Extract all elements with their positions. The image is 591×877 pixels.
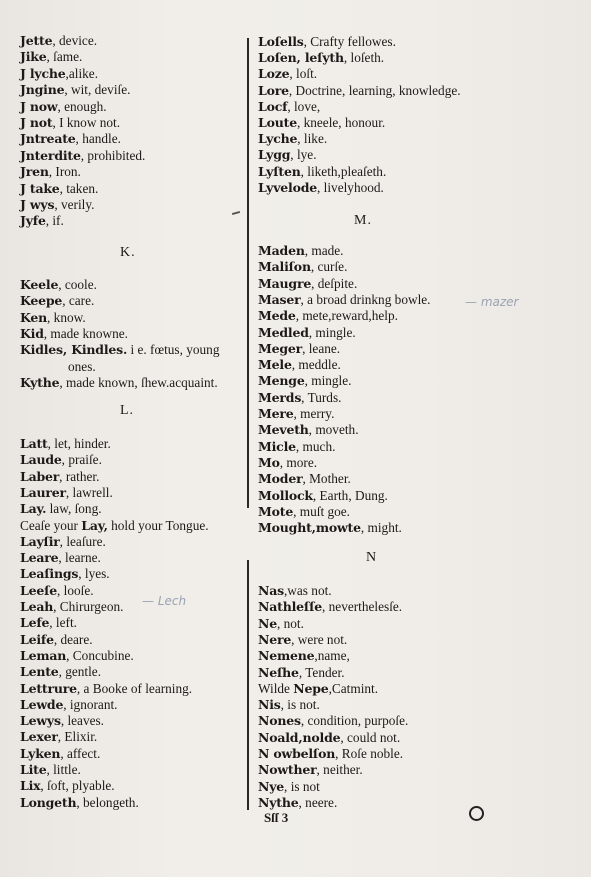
definition: law, ſong.	[46, 501, 101, 516]
glossary-entry: Loze, loſt.	[258, 66, 317, 82]
definition: , livelyhood.	[317, 180, 384, 195]
definition: , made.	[305, 243, 344, 258]
headword: Meveth	[258, 422, 309, 437]
definition: , could not.	[340, 730, 400, 745]
definition: , Elixir.	[58, 729, 98, 744]
definition: , not.	[277, 616, 304, 631]
glossary-entry: Leare, learne.	[20, 550, 101, 566]
glossary-entry: Maden, made.	[258, 243, 344, 259]
headword: Leah	[20, 599, 53, 614]
definition: , prohibited.	[81, 148, 146, 163]
glossary-entry: Jyfe, if.	[20, 213, 64, 229]
definition: , a broad drinkng bowle.	[301, 292, 431, 307]
definition: , coole.	[58, 277, 97, 292]
headword: Keepe	[20, 293, 62, 308]
headword: Maden	[258, 243, 305, 258]
glossary-entry: Loſells, Crafty fellowes.	[258, 34, 396, 50]
headword: Meger	[258, 341, 302, 356]
glossary-entry: Longeth, belongeth.	[20, 795, 139, 811]
definition: , praiſe.	[62, 452, 102, 467]
headword: Merds	[258, 390, 301, 405]
glossary-entry: Nathleſſe, neverthelesſe.	[258, 599, 402, 615]
glossary-entry: Mere, merry.	[258, 406, 334, 422]
glossary-entry: J not, I know not.	[20, 115, 120, 131]
glossary-entry: Lefe, left.	[20, 615, 77, 631]
headword: Locf	[258, 99, 287, 114]
headword: Kid	[20, 326, 44, 341]
glossary-entry: Lettrure, a Booke of learning.	[20, 681, 192, 697]
headword: Jren	[20, 164, 49, 179]
headword: Lefe	[20, 615, 49, 630]
library-stamp-icon	[469, 806, 484, 821]
definition: , if.	[46, 213, 64, 228]
definition: , neere.	[299, 795, 338, 810]
definition: , device.	[52, 33, 97, 48]
headword: Maugre	[258, 276, 311, 291]
glossary-entry: Lix, ſoft, plyable.	[20, 778, 115, 794]
definition: , handle.	[76, 131, 121, 146]
glossary-entry: Merds, Turds.	[258, 390, 341, 406]
glossary-entry: Lexer, Elixir.	[20, 729, 97, 745]
headword: Jike	[20, 49, 46, 64]
definition: , learne.	[58, 550, 100, 565]
headword: Ne	[258, 616, 277, 631]
definition: , meddle.	[292, 357, 341, 372]
headword: Lite	[20, 762, 46, 777]
headword: N owbelſon	[258, 746, 335, 761]
definition: , Earth, Dung.	[313, 488, 388, 503]
glossary-entry: Kidles, Kindles. i e. fœtus, young	[20, 342, 219, 358]
definition: , loſeth.	[344, 50, 384, 65]
headword: J now	[20, 99, 57, 114]
headword: Nas	[258, 583, 284, 598]
glossary-entry: Nythe, neere.	[258, 795, 337, 811]
headword: Laurer	[20, 485, 66, 500]
definition: , ſame.	[46, 49, 82, 64]
headword: Maser	[258, 292, 301, 307]
definition: , belongeth.	[76, 795, 138, 810]
glossary-entry: Lygg, lye.	[258, 147, 317, 163]
definition: ,alike.	[66, 66, 99, 81]
headword: Jette	[20, 33, 52, 48]
headword: Loſells	[258, 34, 304, 49]
glossary-entry: J wys, verily.	[20, 197, 94, 213]
headword: Leman	[20, 648, 66, 663]
headword: Leaſings	[20, 566, 78, 581]
definition: , leane.	[302, 341, 340, 356]
headword: Loze	[258, 66, 289, 81]
definition: , curſe.	[311, 259, 348, 274]
column-rule	[247, 560, 249, 810]
glossary-entry: J lyche,alike.	[20, 66, 98, 82]
headword: Mere	[258, 406, 294, 421]
headword: Micle	[258, 439, 296, 454]
glossary-entry: Medled, mingle.	[258, 325, 356, 341]
glossary-entry: Nis, is not.	[258, 697, 320, 713]
definition: , leaves.	[61, 713, 104, 728]
glossary-entry: Meveth, moveth.	[258, 422, 359, 438]
headword: Laber	[20, 469, 59, 484]
definition: , left.	[49, 615, 77, 630]
entry-prefix: Ceaſe your	[20, 518, 81, 533]
definition: , rather.	[59, 469, 99, 484]
glossary-entry: Leaſings, lyes.	[20, 566, 110, 582]
definition: , let, hinder.	[48, 436, 111, 451]
definition: , deare.	[54, 632, 93, 647]
headword: Lyvelode	[258, 180, 317, 195]
glossary-entry: Latt, let, hinder.	[20, 436, 111, 452]
glossary-entry: Layſir, leaſure.	[20, 534, 106, 550]
glossary-entry: Mele, meddle.	[258, 357, 341, 373]
headword: Mele	[258, 357, 292, 372]
headword: J wys	[20, 197, 54, 212]
headword: Lay.	[20, 501, 46, 516]
definition: , know.	[47, 310, 86, 325]
headword: Jntreate	[20, 131, 76, 146]
glossary-entry: Maliſon, curſe.	[258, 259, 347, 275]
headword: Loſen, leſyth	[258, 50, 344, 65]
definition: , deſpite.	[311, 276, 357, 291]
definition: , lyes.	[78, 566, 109, 581]
definition: , is not.	[281, 697, 320, 712]
definition: , care.	[62, 293, 94, 308]
headword: Jyfe	[20, 213, 46, 228]
definition: , mingle.	[309, 325, 356, 340]
headword: Mollock	[258, 488, 313, 503]
glossary-entry: Nas,was not.	[258, 583, 332, 599]
definition: , mingle.	[305, 373, 352, 388]
section-letter: M.	[354, 213, 372, 229]
headword: Maliſon	[258, 259, 311, 274]
glossary-entry: Lyken, affect.	[20, 746, 100, 762]
definition: , looſe.	[57, 583, 94, 598]
headword: Lewys	[20, 713, 61, 728]
headword: Nepe	[293, 681, 328, 696]
headword: Moder	[258, 471, 302, 486]
glossary-entry: Micle, much.	[258, 439, 335, 455]
headword: Kidles, Kindles.	[20, 342, 127, 357]
glossary-entry: Jette, device.	[20, 33, 97, 49]
definition: , Doctrine, learning, knowledge.	[289, 83, 461, 98]
definition: , verily.	[54, 197, 94, 212]
definition: ,Catmint.	[329, 681, 379, 696]
definition: , moveth.	[309, 422, 359, 437]
definition: , Concubine.	[66, 648, 134, 663]
glossary-entry: Mollock, Earth, Dung.	[258, 488, 388, 504]
headword: Jngine	[20, 82, 64, 97]
glossary-entry: Lewys, leaves.	[20, 713, 104, 729]
definition: , little.	[46, 762, 80, 777]
glossary-entry: Keele, coole.	[20, 277, 97, 293]
glossary-entry: Nye, is not	[258, 779, 320, 795]
definition: hold your Tongue.	[108, 518, 209, 533]
definition: , enough.	[57, 99, 106, 114]
glossary-entry: Kythe, made known, ſhew.acquaint.	[20, 375, 218, 391]
definition: , were not.	[291, 632, 347, 647]
glossary-entry: N owbelſon, Roſe noble.	[258, 746, 403, 762]
definition: , a Booke of learning.	[77, 681, 192, 696]
glossary-entry: Nowther, neither.	[258, 762, 363, 778]
glossary-entry: Lore, Doctrine, learning, knowledge.	[258, 83, 461, 99]
definition: , Mother.	[302, 471, 350, 486]
definition: , neither.	[317, 762, 363, 777]
headword: Lyken	[20, 746, 60, 761]
headword: Leeſe	[20, 583, 57, 598]
headword: Lente	[20, 664, 59, 679]
definition: , Iron.	[49, 164, 81, 179]
definition: , taken.	[60, 181, 99, 196]
glossary-entry: Jngine, wit, deviſe.	[20, 82, 130, 98]
glossary-entry: Ne, not.	[258, 616, 304, 632]
headword: Laude	[20, 452, 62, 467]
headword: Lygg	[258, 147, 290, 162]
headword: Leare	[20, 550, 58, 565]
glossary-entry: Nemene,name,	[258, 648, 350, 664]
definition: , mete,reward,help.	[296, 308, 398, 323]
glossary-entry: J take, taken.	[20, 181, 98, 197]
definition: , Tender.	[299, 665, 345, 680]
definition: , love,	[287, 99, 320, 114]
glossary-entry: Laber, rather.	[20, 469, 99, 485]
headword: Mote	[258, 504, 293, 519]
definition: , muſt goe.	[293, 504, 350, 519]
definition: , liketh,pleaſeth.	[301, 164, 387, 179]
headword: Longeth	[20, 795, 76, 810]
headword: Nye	[258, 779, 284, 794]
annotation-leah: — Lech	[142, 594, 186, 608]
headword: Keele	[20, 277, 58, 292]
headword: Lettrure	[20, 681, 77, 696]
definition: , lye.	[290, 147, 316, 162]
headword: Nathleſſe	[258, 599, 322, 614]
definition: , kneele, honour.	[297, 115, 385, 130]
definition: , loſt.	[289, 66, 317, 81]
headword: Mo	[258, 455, 280, 470]
headword: Nere	[258, 632, 291, 647]
glossary-entry: Mought,mowte, might.	[258, 520, 402, 536]
glossary-entry: Jntreate, handle.	[20, 131, 121, 147]
headword: Nowther	[258, 762, 317, 777]
glossary-entry: Keepe, care.	[20, 293, 94, 309]
glossary-entry: Lente, gentle.	[20, 664, 101, 680]
glossary-entry: Mede, mete,reward,help.	[258, 308, 398, 324]
glossary-entry: Meger, leane.	[258, 341, 340, 357]
glossary-entry: Jike, ſame.	[20, 49, 82, 65]
glossary-entry: Ceaſe your Lay, hold your Tongue.	[20, 518, 209, 534]
definition: , condition, purpoſe.	[301, 713, 408, 728]
headword: Kythe	[20, 375, 59, 390]
signature-mark: Sſſ 3	[264, 810, 288, 826]
definition: , is not	[284, 779, 320, 794]
headword: Leife	[20, 632, 54, 647]
definition: , Chirurgeon.	[53, 599, 123, 614]
glossary-entry: Mo, more.	[258, 455, 317, 471]
glossary-entry: Leah, Chirurgeon.	[20, 599, 123, 615]
glossary-entry: Maser, a broad drinkng bowle.	[258, 292, 431, 308]
definition: , made knowne.	[44, 326, 128, 341]
headword: J take	[20, 181, 60, 196]
definition: , Crafty fellowes.	[304, 34, 396, 49]
definition: , lawrell.	[66, 485, 113, 500]
headword: Lexer	[20, 729, 58, 744]
headword: Layſir	[20, 534, 60, 549]
glossary-entry: Nones, condition, purpoſe.	[258, 713, 408, 729]
glossary-entry: Leeſe, looſe.	[20, 583, 94, 599]
section-letter: L.	[120, 403, 134, 419]
headword: Nythe	[258, 795, 299, 810]
headword: Lyche	[258, 131, 297, 146]
definition: i e. fœtus, young	[127, 342, 219, 357]
definition: ,name,	[314, 648, 349, 663]
definition: , I know not.	[52, 115, 120, 130]
definition: , neverthelesſe.	[322, 599, 402, 614]
glossary-entry: Jnterdite, prohibited.	[20, 148, 145, 164]
glossary-entry: Lite, little.	[20, 762, 81, 778]
glossary-entry: Leife, deare.	[20, 632, 93, 648]
headword: Mede	[258, 308, 296, 323]
column-rule	[247, 38, 249, 508]
glossary-entry: Laude, praiſe.	[20, 452, 102, 468]
glossary-entry: Loſen, leſyth, loſeth.	[258, 50, 384, 66]
headword: Lyſten	[258, 164, 301, 179]
headword: Lewde	[20, 697, 63, 712]
glossary-entry: Ken, know.	[20, 310, 86, 326]
definition: , like.	[297, 131, 327, 146]
glossary-entry: J now, enough.	[20, 99, 107, 115]
glossary-entry: Moder, Mother.	[258, 471, 351, 487]
headword: Lay,	[81, 518, 108, 533]
headword: J lyche	[20, 66, 66, 81]
glossary-entry: Wilde Nepe,Catmint.	[258, 681, 378, 697]
glossary-entry: Maugre, deſpite.	[258, 276, 357, 292]
glossary-entry: Kid, made knowne.	[20, 326, 128, 342]
section-letter: N	[366, 550, 377, 566]
definition: , wit, deviſe.	[64, 82, 130, 97]
headword: Ken	[20, 310, 47, 325]
definition: , ſoft, plyable.	[40, 778, 114, 793]
headword: J not	[20, 115, 52, 130]
definition: , gentle.	[59, 664, 101, 679]
definition: , ignorant.	[63, 697, 117, 712]
headword: Mought,mowte	[258, 520, 361, 535]
headword: Lore	[258, 83, 289, 98]
glossary-entry: Menge, mingle.	[258, 373, 351, 389]
headword: Jnterdite	[20, 148, 81, 163]
headword: Nones	[258, 713, 301, 728]
definition: , might.	[361, 520, 402, 535]
glossary-entry: Jren, Iron.	[20, 164, 81, 180]
glossary-entry: Lay. law, ſong.	[20, 501, 102, 517]
glossary-entry: Lyſten, liketh,pleaſeth.	[258, 164, 386, 180]
glossary-entry: Leman, Concubine.	[20, 648, 134, 664]
definition: , much.	[296, 439, 336, 454]
headword: Nemene	[258, 648, 314, 663]
glossary-entry: Locf, love,	[258, 99, 320, 115]
headword: Menge	[258, 373, 305, 388]
definition: , made known, ſhew.acquaint.	[59, 375, 217, 390]
glossary-entry: Lyche, like.	[258, 131, 327, 147]
definition: , Turds.	[301, 390, 341, 405]
definition: ones.	[68, 359, 96, 374]
headword: Medled	[258, 325, 309, 340]
entry-prefix: Wilde	[258, 681, 293, 696]
headword: Noald,nolde	[258, 730, 340, 745]
glossary-entry: Mote, muſt goe.	[258, 504, 350, 520]
annotation-maser: — mazer	[465, 295, 518, 309]
headword: Lix	[20, 778, 40, 793]
headword: Loute	[258, 115, 297, 130]
section-letter: K.	[120, 245, 136, 261]
headword: Nis	[258, 697, 281, 712]
headword: Neſhe	[258, 665, 299, 680]
definition: , affect.	[60, 746, 100, 761]
glossary-entry: Laurer, lawrell.	[20, 485, 113, 501]
glossary-entry: ones.	[20, 359, 96, 375]
definition: ,was not.	[284, 583, 332, 598]
definition: , leaſure.	[60, 534, 106, 549]
glossary-entry: Lyvelode, livelyhood.	[258, 180, 384, 196]
definition: , more.	[280, 455, 317, 470]
glossary-entry: Noald,nolde, could not.	[258, 730, 400, 746]
definition: , Roſe noble.	[335, 746, 403, 761]
definition: , merry.	[294, 406, 335, 421]
headword: Latt	[20, 436, 48, 451]
glossary-entry: Nere, were not.	[258, 632, 347, 648]
glossary-entry: Neſhe, Tender.	[258, 665, 345, 681]
glossary-entry: Lewde, ignorant.	[20, 697, 118, 713]
glossary-entry: Loute, kneele, honour.	[258, 115, 385, 131]
